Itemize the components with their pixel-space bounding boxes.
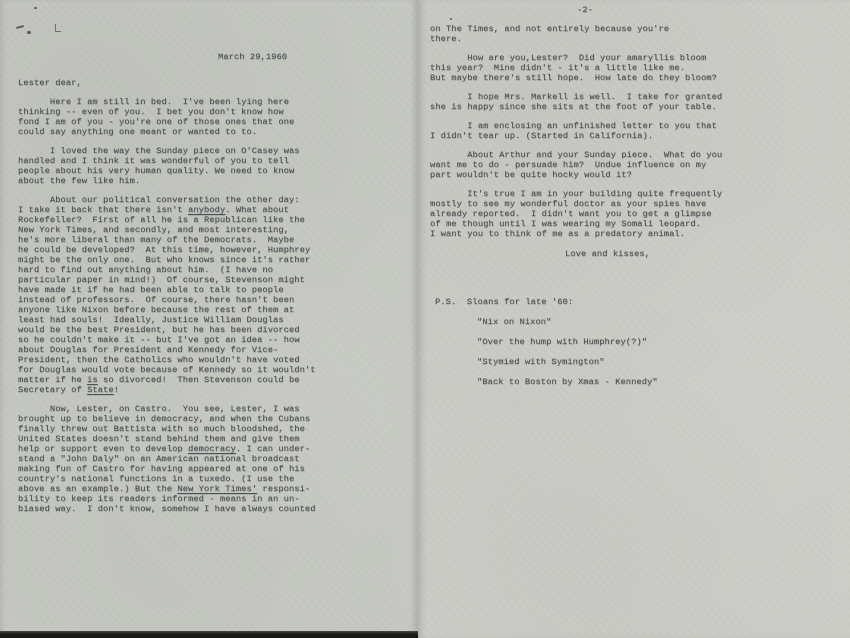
letter-paragraph: How are you,Lester? Did your amaryllis b… (430, 53, 740, 83)
stray-mark (450, 18, 452, 20)
letter-paragraph: I am enclosing an unfinished letter to y… (430, 121, 740, 141)
scanned-letter: March 29,1960 Lester dear, Here I am sti… (0, 0, 850, 638)
slogan-line: "Back to Boston by Xmas - Kennedy" (477, 377, 850, 387)
letter-paragraph: on The Times, and not entirely because y… (430, 24, 740, 44)
pencil-mark (34, 7, 37, 9)
scan-edge-artifact (0, 631, 418, 638)
letter-page-1: March 29,1960 Lester dear, Here I am sti… (0, 0, 417, 638)
letter-paragraph: About Arthur and your Sunday piece. What… (430, 150, 740, 180)
letter-date: March 29,1960 (218, 52, 417, 62)
page-number: -2- (430, 5, 740, 15)
letter-paragraph: I hope Mrs. Markell is well. I take for … (430, 92, 740, 112)
salutation: Lester dear, (18, 78, 417, 88)
pencil-mark (27, 31, 31, 34)
pencil-mark (55, 24, 61, 32)
pencil-mark (16, 25, 24, 29)
letter-paragraph: It's true I am in your building quite fr… (430, 189, 740, 239)
postscript-heading: P.S. Sloans for late '60: (435, 297, 850, 307)
letter-page-2: -2- on The Times, and not entirely becau… (417, 0, 850, 638)
closing-line: Love and kisses, (565, 249, 850, 259)
letter-paragraph: Now, Lester, on Castro. You see, Lester,… (18, 404, 417, 514)
slogan-line: "Stymied with Symington" (477, 357, 850, 367)
slogan-line: "Over the hump with Humphrey(?)" (477, 337, 850, 347)
slogan-line: "Nix on Nixon" (477, 317, 850, 327)
letter-paragraph: About our political conversation the oth… (18, 195, 417, 395)
letter-paragraph: I loved the way the Sunday piece on O'Ca… (18, 146, 417, 186)
letter-paragraph: Here I am still in bed. I've been lying … (18, 97, 417, 137)
